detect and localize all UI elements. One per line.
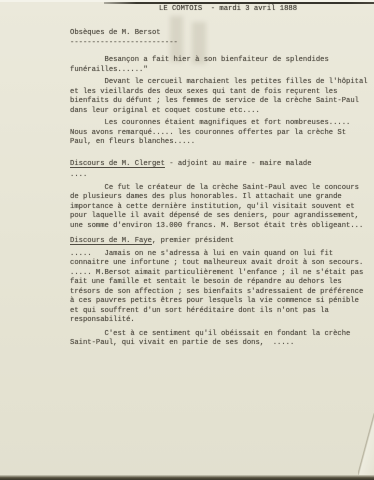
paragraph: ..... Jamais on ne s'adressa à lui en va… [70, 250, 372, 326]
paragraph: Obsèques de M. Bersot-------------------… [70, 29, 372, 48]
document-body: Obsèques de M. Bersot-------------------… [70, 29, 372, 349]
text-line: Devant le cercueil marchaient les petite… [70, 78, 372, 88]
text-line: bienfaits du défunt ; les femmes de serv… [70, 97, 372, 107]
text-line: à ces pauvres petits êtres pour lesquels… [70, 297, 372, 307]
text-line: Ce fut le créateur de la crèche Saint-Pa… [70, 184, 372, 194]
paper-bottom-edge-shadow [0, 475, 374, 480]
text-line: Saint-Paul, qui vivait en partie de ses … [70, 339, 372, 349]
text-line: ..... Jamais on ne s'adressa à lui en va… [70, 250, 372, 260]
heading-underlined-text: Discours de M. Faye [70, 237, 152, 245]
paragraph: C'est à ce sentiment qu'il obéissait en … [70, 330, 372, 349]
text-line: de plusieurs dames des plus honorables. … [70, 193, 372, 203]
heading-rest-text: , premier président [152, 237, 234, 245]
paper-background: LE COMTOIS - mardi 3 avril 1888 Obsèques… [0, 0, 374, 480]
text-line: responsabilité. [70, 316, 372, 326]
text-line: Les couronnes étaient magnifiques et for… [70, 119, 372, 129]
text-line: Obsèques de M. Bersot [70, 29, 372, 39]
text-line: fait une famille et sentait le besoin de… [70, 278, 372, 288]
paragraph: Besançon a fait hier à son bienfaiteur d… [70, 56, 372, 75]
text-line: Paul, en fleurs blanches..... [70, 138, 372, 148]
masthead-dateline: LE COMTOIS - mardi 3 avril 1888 [159, 5, 297, 15]
text-line: trésors de son affection ; ses bienfaits… [70, 288, 372, 298]
heading-underlined-text: Discours de M. Clerget [70, 160, 165, 168]
paragraph: Les couronnes étaient magnifiques et for… [70, 119, 372, 148]
corner-fold [358, 413, 374, 475]
text-line: ..... M.Bersot aimait particulièrement l… [70, 269, 372, 279]
text-line: et les vieillards des deux sexes qui tan… [70, 88, 372, 98]
text-line: et qui souffrent d'un sort héréditaire d… [70, 307, 372, 317]
paragraph: Devant le cercueil marchaient les petite… [70, 78, 372, 116]
text-line: connaitre une infortune ; tout malheureu… [70, 259, 372, 269]
section-heading: Discours de M. Clerget - adjoint au mair… [70, 160, 372, 170]
text-line: Nous avons remarqué..... les couronnes o… [70, 129, 372, 139]
text-line: C'est à ce sentiment qu'il obéissait en … [70, 330, 372, 340]
text-line: une somme d'environ 13.000 francs. M. Be… [70, 222, 372, 232]
text-line: pour laquelle il avait dépensé de ses de… [70, 212, 372, 222]
text-line: Besançon a fait hier à son bienfaiteur d… [70, 56, 372, 66]
text-line: dans leur original et coquet costume etc… [70, 107, 372, 117]
heading-rest-text: - adjoint au maire - maire malade [165, 160, 312, 168]
paragraph: .... [70, 171, 372, 181]
section-heading: Discours de M. Faye, premier président [70, 237, 372, 247]
text-line: ------------------------- [70, 39, 372, 49]
paper-top-edge-line [104, 2, 374, 4]
text-line: funérailles......" [70, 66, 372, 76]
text-line: importance à cette dernière institution,… [70, 203, 372, 213]
paragraph: Ce fut le créateur de la crèche Saint-Pa… [70, 184, 372, 232]
text-line: .... [70, 171, 372, 181]
